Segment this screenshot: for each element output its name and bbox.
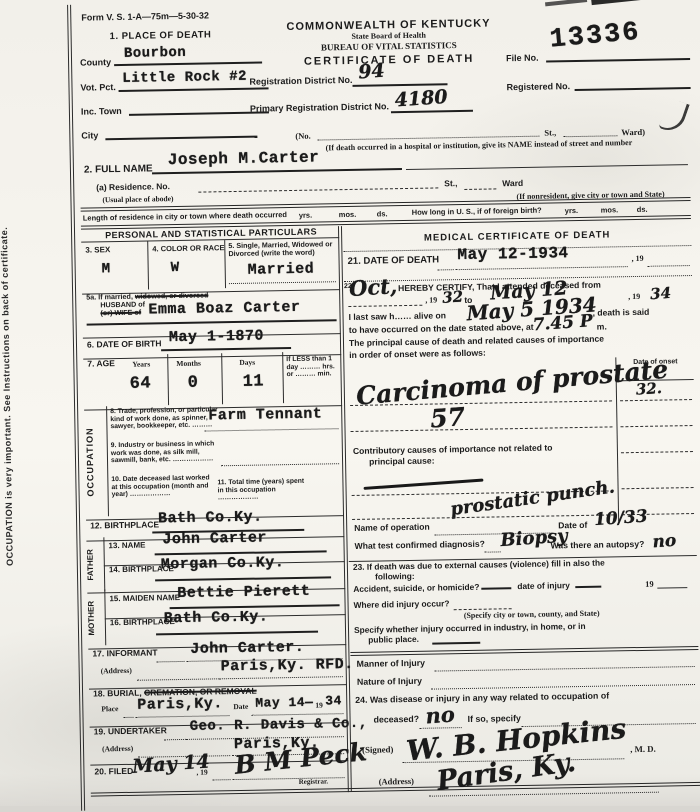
birthplace-label: 12. BIRTHPLACE (90, 520, 159, 531)
years-label: Years (132, 360, 150, 369)
death-certificate-document: OCCUPATION is very important. See Instru… (0, 0, 700, 806)
death-said-label: , death is said (592, 308, 649, 319)
father-name-label: 13. NAME (108, 542, 145, 552)
months-value: 0 (188, 374, 199, 393)
city-label: City (81, 130, 98, 140)
fill-line (105, 134, 257, 141)
fill-line (575, 85, 691, 91)
fill-line (464, 183, 496, 190)
trade-value: Farm Tennant (208, 406, 322, 425)
operation-date-handwritten: 10/33 (594, 507, 649, 530)
fill-line (155, 574, 331, 581)
registration-district-value: 94 (358, 61, 386, 84)
title-certificate: CERTIFICATE OF DEATH (272, 52, 506, 68)
certify-year2-hw: 34 (650, 285, 672, 303)
industry-label: 9. Industry or business in which work wa… (111, 440, 219, 465)
fill-line (391, 108, 473, 113)
fill-line (87, 317, 337, 325)
full-name-label: 2. FULL NAME (84, 163, 153, 175)
fill-line (204, 423, 338, 431)
days-value: 11 (243, 372, 265, 391)
row-rule (350, 646, 698, 656)
informant-label: 17. INFORMANT (92, 648, 157, 659)
fill-line (317, 131, 539, 141)
fill-line (621, 446, 693, 453)
scan-artifact (591, 0, 700, 5)
date-of-death-label: 21. DATE OF DEATH (348, 255, 440, 267)
handwritten-dash (481, 585, 511, 590)
cell-rule (221, 353, 224, 404)
certify-from-handwritten: Oct, (348, 274, 398, 301)
burial-year-value: 34 (325, 694, 342, 709)
fill-line (219, 671, 343, 679)
principal-cause-line2: in order of onset were as follows: (349, 349, 486, 361)
registered-no-label: Registered No. (506, 81, 570, 92)
contributory-line2: principal cause: (369, 457, 435, 468)
manner-injury-label: Manner of Injury (357, 659, 426, 670)
trade-label: 8. Trade, profession, or particular kind… (110, 406, 218, 431)
dod-year-printed: , 19 (632, 255, 644, 264)
residence-label: (a) Residence. No. (96, 182, 170, 193)
fill-line (123, 712, 133, 718)
marital-label: 5. Single, Married, Widowed or Divorced … (228, 240, 336, 258)
abode-note: (Usual place of abode) (102, 195, 173, 205)
fill-line (229, 276, 336, 284)
handwritten-dash (575, 584, 601, 588)
months-label: Months (176, 360, 201, 369)
fill-line (620, 394, 692, 401)
date-injury-label: date of injury (517, 581, 570, 591)
father-birthplace-value: Morgan Co.Ky. (161, 555, 285, 574)
fill-line (546, 56, 690, 63)
fill-line (164, 734, 186, 740)
ds-label: ds. (377, 210, 388, 219)
filed-label: 20. FILED (94, 767, 133, 777)
physician-address-label: (Address) (379, 777, 414, 787)
fill-line (431, 679, 695, 690)
operation-label: Name of operation (354, 523, 430, 534)
mother-maiden-label: 15. MAIDEN NAME (109, 594, 180, 604)
date-of-birth-label: 6. DATE OF BIRTH (87, 339, 162, 350)
specify-public-line2: public place. (368, 635, 419, 645)
md-label: , M. D. (630, 745, 656, 755)
accident-label: Accident, suicide, or homicide? (353, 583, 479, 595)
burial-place-label: Place (101, 705, 118, 714)
fill-line (251, 708, 343, 716)
fill-line (137, 673, 219, 680)
fill-line (435, 661, 695, 672)
date-of-birth-value: May 1-1870 (169, 328, 264, 346)
birthplace-value: Bath Co.Ky. (158, 510, 263, 529)
yrs2-label: yrs. (565, 207, 579, 216)
related-occupation-line1: 24. Was disease or injury in any way rel… (355, 692, 609, 706)
injury-year-printed: 19 (645, 580, 654, 590)
undertaker-address-label: (Address) (102, 745, 133, 754)
cell-rule (147, 241, 150, 289)
vot-pct-label: Vot. Pct. (80, 82, 116, 93)
nature-injury-label: Nature of Injury (357, 677, 422, 688)
fill-line (657, 584, 687, 589)
informant-address-label: (Address) (101, 667, 132, 676)
m-label: m. (597, 323, 607, 333)
left-double-rule (67, 5, 85, 806)
fill-line (156, 656, 184, 662)
file-number-stamp: 13336 (549, 18, 642, 56)
time-of-death-hw: 7.45 P (532, 312, 593, 335)
scan-artifact-scribble (658, 98, 689, 135)
cell-rule (224, 240, 227, 288)
place-of-death-label: 1. PLACE OF DEATH (110, 30, 212, 42)
autopsy-handwritten: no (652, 532, 677, 553)
fill-line (420, 722, 462, 729)
burial-label-text: 18. BURIAL, (93, 688, 142, 699)
test-label: What test confirmed diagnosis? (354, 540, 485, 552)
fill-line (352, 509, 614, 520)
fill-line (350, 421, 612, 432)
external-causes-line2: following: (375, 572, 415, 582)
mos-label: mos. (339, 211, 357, 220)
fill-line (348, 300, 422, 307)
specify-city-note: (Specify city or town, county, and State… (464, 610, 600, 621)
fill-line (213, 774, 231, 780)
fill-line (129, 109, 269, 115)
external-causes-line1: 23. If death was due to external causes … (353, 559, 605, 573)
days-label: Days (239, 359, 255, 368)
wife-of-label: (or) WIFE of (100, 309, 141, 318)
yrs-label: yrs. (299, 212, 313, 221)
inc-town-label: Inc. Town (81, 106, 122, 117)
fill-line (563, 130, 617, 137)
file-no-label: File No. (506, 53, 539, 64)
signed-label: (Signed) (362, 745, 393, 755)
hospital-note: (If death occurred in a hospital or inst… (326, 139, 633, 153)
registration-district-label: Registration District No. (249, 75, 352, 87)
certificate-sheet: OCCUPATION is very important. See Instru… (0, 0, 700, 806)
last-saw-label: I last saw h…… alive on (348, 311, 446, 322)
form-number: Form V. S. 1-A—75m—5-30-32 (81, 10, 209, 22)
autopsy-label: Was there an autopsy? (551, 540, 645, 551)
total-time-label: 11. Total time (years) spent in this occ… (217, 478, 309, 502)
color-race-value: W (171, 261, 180, 277)
ds2-label: ds. (637, 206, 648, 215)
county-label: County (80, 57, 111, 68)
certify-year1-hw: 32 (442, 288, 464, 306)
ward-label: Ward) (621, 128, 645, 138)
undertaker-label: 19. UNDERTAKER (94, 726, 167, 737)
burial-date-label: Date (233, 703, 248, 712)
fill-line (198, 182, 438, 192)
father-vertical-label: FATHER (86, 539, 104, 590)
fill-line (221, 458, 339, 466)
fill-line (438, 264, 454, 270)
residence-ward-label: Ward (502, 179, 523, 189)
fill-line (620, 420, 692, 427)
age-label: 7. AGE (87, 359, 115, 369)
residence-st-label: St., (444, 179, 457, 189)
occupation-vertical-label: OCCUPATION (84, 408, 106, 514)
how-long-us-label: How long in U. S., if of foreign birth? (412, 207, 542, 218)
primary-district-label: Primary Registration District No. (250, 101, 389, 114)
last-worked-label: 10. Date deceased last worked at this oc… (111, 474, 211, 499)
mother-birthplace-value: Bath Co.Ky. (164, 609, 269, 628)
years-value: 64 (130, 374, 152, 393)
spouse-name-value: Emma Boaz Carter (148, 300, 300, 319)
certify-year2: , 19 (628, 293, 640, 302)
scan-artifact (545, 0, 587, 6)
mother-maiden-value: Bettie Pierett (177, 584, 310, 603)
s5a-strike: widowed, or divorced (135, 290, 209, 300)
registrar-label: Registrar. (299, 778, 329, 786)
mother-vertical-label: MOTHER (87, 591, 105, 644)
length-residence-label: Length of residence in city or town wher… (83, 211, 287, 223)
contributory-line1: Contributory causes of importance not re… (353, 443, 553, 456)
principal-cause-line1: The principal cause of death and related… (349, 335, 604, 349)
vot-pct-value: Little Rock #2 (122, 70, 247, 88)
filed-year-printed: , 19 (196, 769, 207, 778)
sex-label: 3. SEX (85, 246, 110, 255)
cell-rule (282, 352, 285, 403)
fill-line (156, 629, 318, 636)
no-label: (No. (295, 132, 311, 142)
certify-year1: , 19 (425, 296, 437, 305)
st-label: St., (544, 128, 556, 138)
mos2-label: mos. (601, 206, 619, 215)
fill-line (135, 710, 229, 718)
occurred-label: to have occurred on the date stated abov… (349, 323, 534, 336)
related-occupation-line2: deceased? (374, 715, 420, 726)
fill-line (454, 603, 512, 610)
fill-line (406, 161, 688, 170)
margin-note: OCCUPATION is very important. See Instru… (0, 36, 32, 756)
cell-rule (167, 354, 170, 405)
fill-line (621, 482, 693, 489)
where-injury-label: Where did injury occur? (354, 599, 450, 610)
if-less-note: If LESS than 1 day ……… hrs. or ……… min. (286, 355, 338, 379)
color-race-label: 4. COLOR OR RACE (152, 244, 224, 254)
fill-line (485, 546, 501, 552)
handwritten-dash (432, 640, 480, 645)
fill-line (161, 345, 291, 351)
father-name-value: John Carter (162, 530, 267, 549)
sex-value: M (102, 262, 111, 278)
fill-line (648, 260, 690, 267)
